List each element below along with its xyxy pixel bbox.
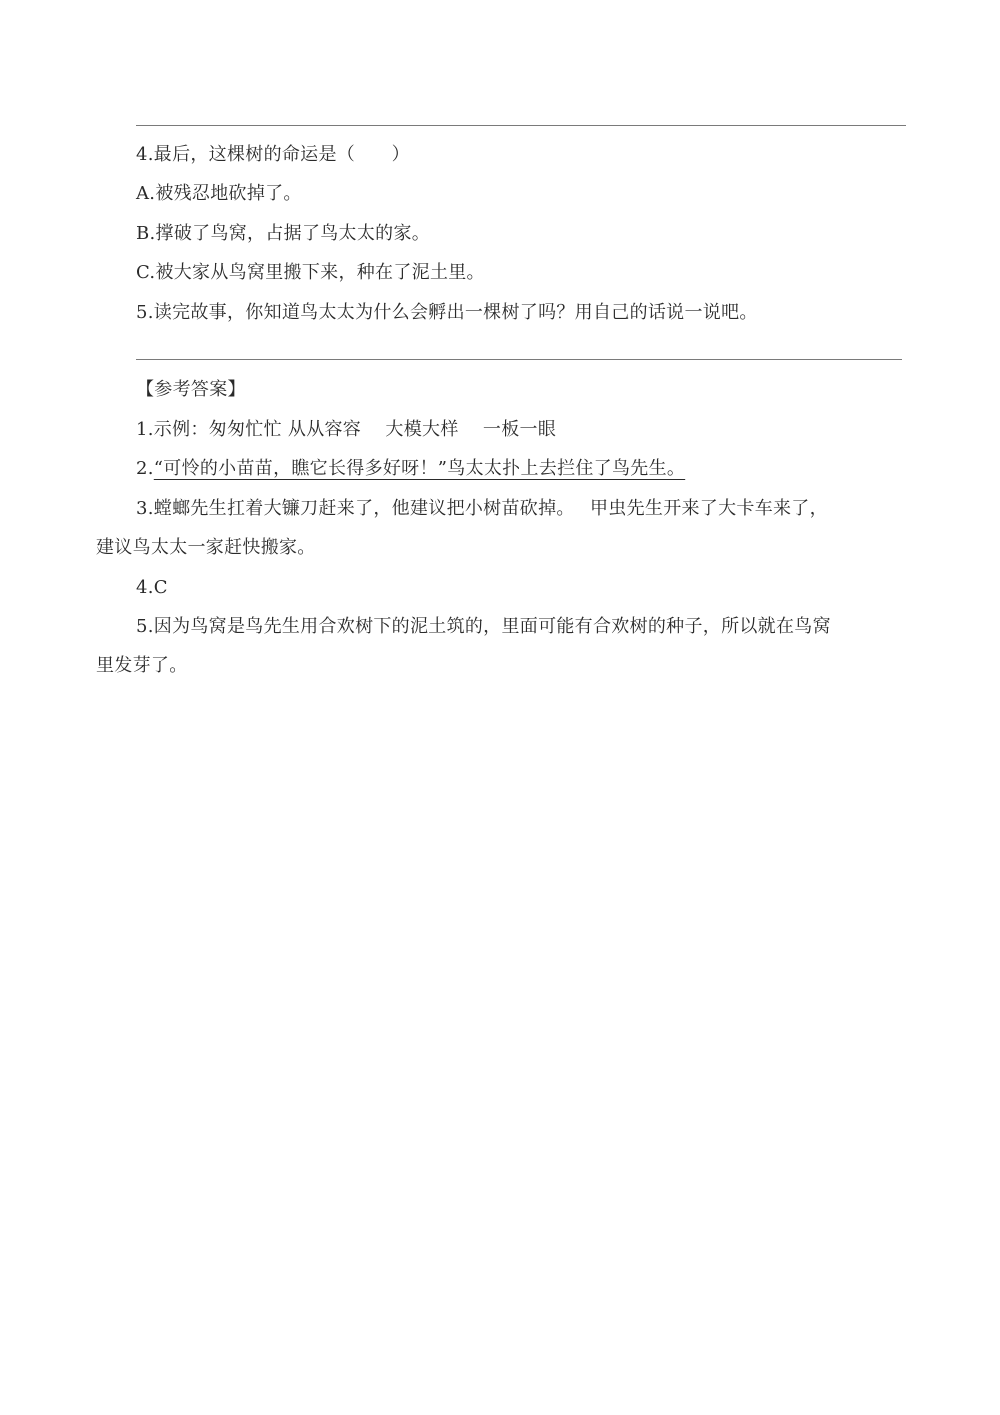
question-4-option-c: C.被大家从鸟窝里搬下来，种在了泥土里。 xyxy=(136,261,485,285)
answers-heading: 【参考答案】 xyxy=(136,378,246,402)
answer-4: 4.C xyxy=(136,576,168,600)
answer-2-number: 2. xyxy=(136,458,154,479)
question-4-option-b: B.撑破了鸟窝，占据了鸟太太的家。 xyxy=(136,222,430,246)
answer-3-line-2: 建议鸟太太一家赶快搬家。 xyxy=(96,536,316,560)
answer-5-line-2: 里发芽了。 xyxy=(96,654,188,678)
answer-5-line-1: 5.因为鸟窝是鸟先生用合欢树下的泥土筑的，里面可能有合欢树的种子，所以就在鸟窝 xyxy=(136,615,831,639)
answer-2: 2.“可怜的小苗苗，瞧它长得多好呀！”鸟太太扑上去拦住了鸟先生。 xyxy=(136,457,685,481)
question-5-prompt: 5.读完故事，你知道鸟太太为什么会孵出一棵树了吗？用自己的话说一说吧。 xyxy=(136,301,758,325)
answer-2-text: “可怜的小苗苗，瞧它长得多好呀！”鸟太太扑上去拦住了鸟先生。 xyxy=(154,458,685,479)
answer-line-top xyxy=(136,125,906,126)
answer-line-q5 xyxy=(136,359,902,360)
answer-3-line-1: 3.螳螂先生扛着大镰刀赶来了，他建议把小树苗砍掉。 甲虫先生开来了大卡车来了， xyxy=(136,497,828,521)
question-4-prompt: 4.最后，这棵树的命运是（ ） xyxy=(136,143,410,167)
question-4-option-a: A.被残忍地砍掉了。 xyxy=(136,182,302,206)
answer-1: 1.示例：匆匆忙忙 从从容容 大模大样 一板一眼 xyxy=(136,418,556,442)
